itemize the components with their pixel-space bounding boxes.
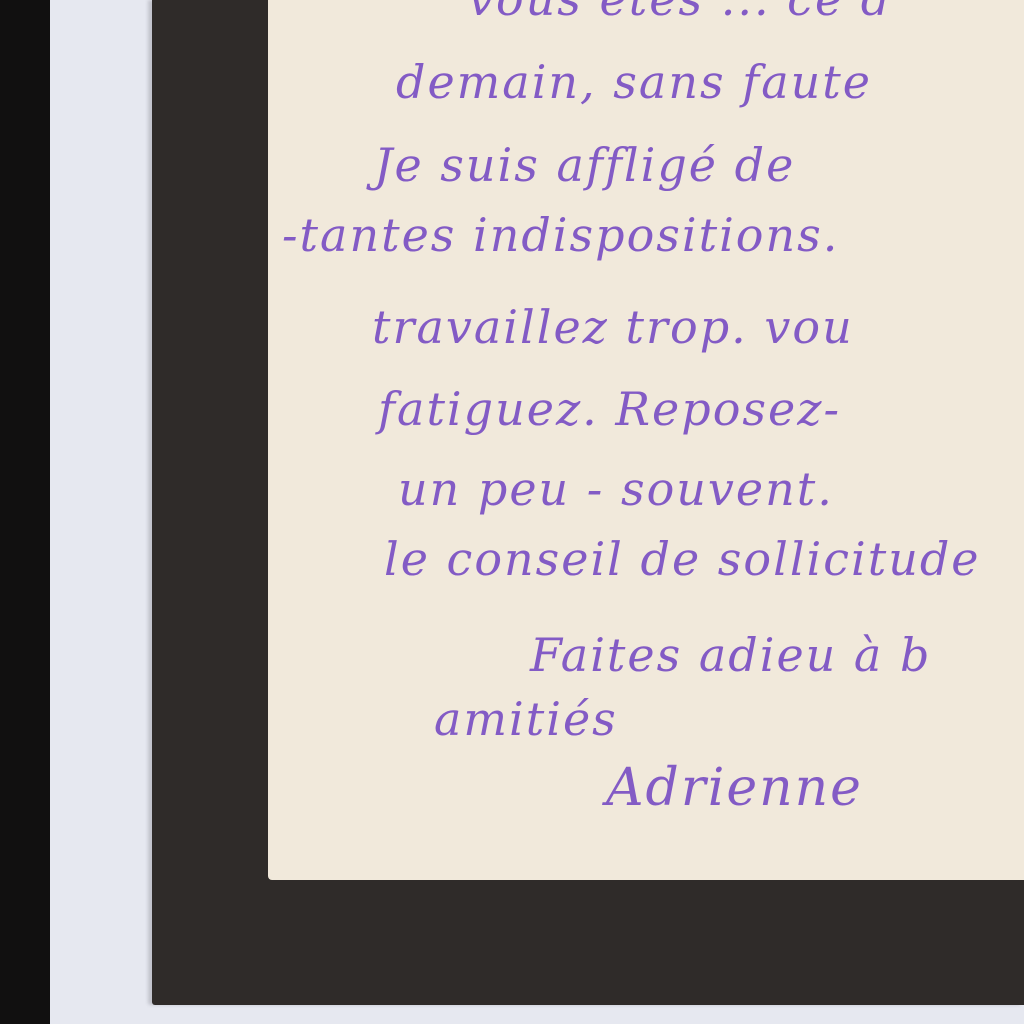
handwritten-line: fatiguez. Reposez- — [378, 382, 841, 436]
handwritten-line: Je suis affligé de — [374, 138, 795, 192]
handwritten-line: vous êtes ... ce d — [468, 0, 892, 26]
handwritten-line: le conseil de sollicitude — [384, 532, 981, 586]
handwritten-line: amitiés — [434, 692, 618, 746]
handwritten-line: un peu - souvent. — [398, 462, 834, 516]
handwritten-line: -tantes indispositions. — [282, 208, 839, 262]
dark-frame-edge — [0, 0, 50, 1024]
handwritten-line: Faites adieu à b — [530, 628, 931, 682]
handwritten-line: travaillez trop. vou — [372, 300, 854, 354]
letter-page: vous êtes ... ce d demain, sans faute Je… — [268, 0, 1024, 880]
handwritten-line: demain, sans faute — [396, 55, 872, 109]
signature: Adrienne — [606, 758, 863, 818]
